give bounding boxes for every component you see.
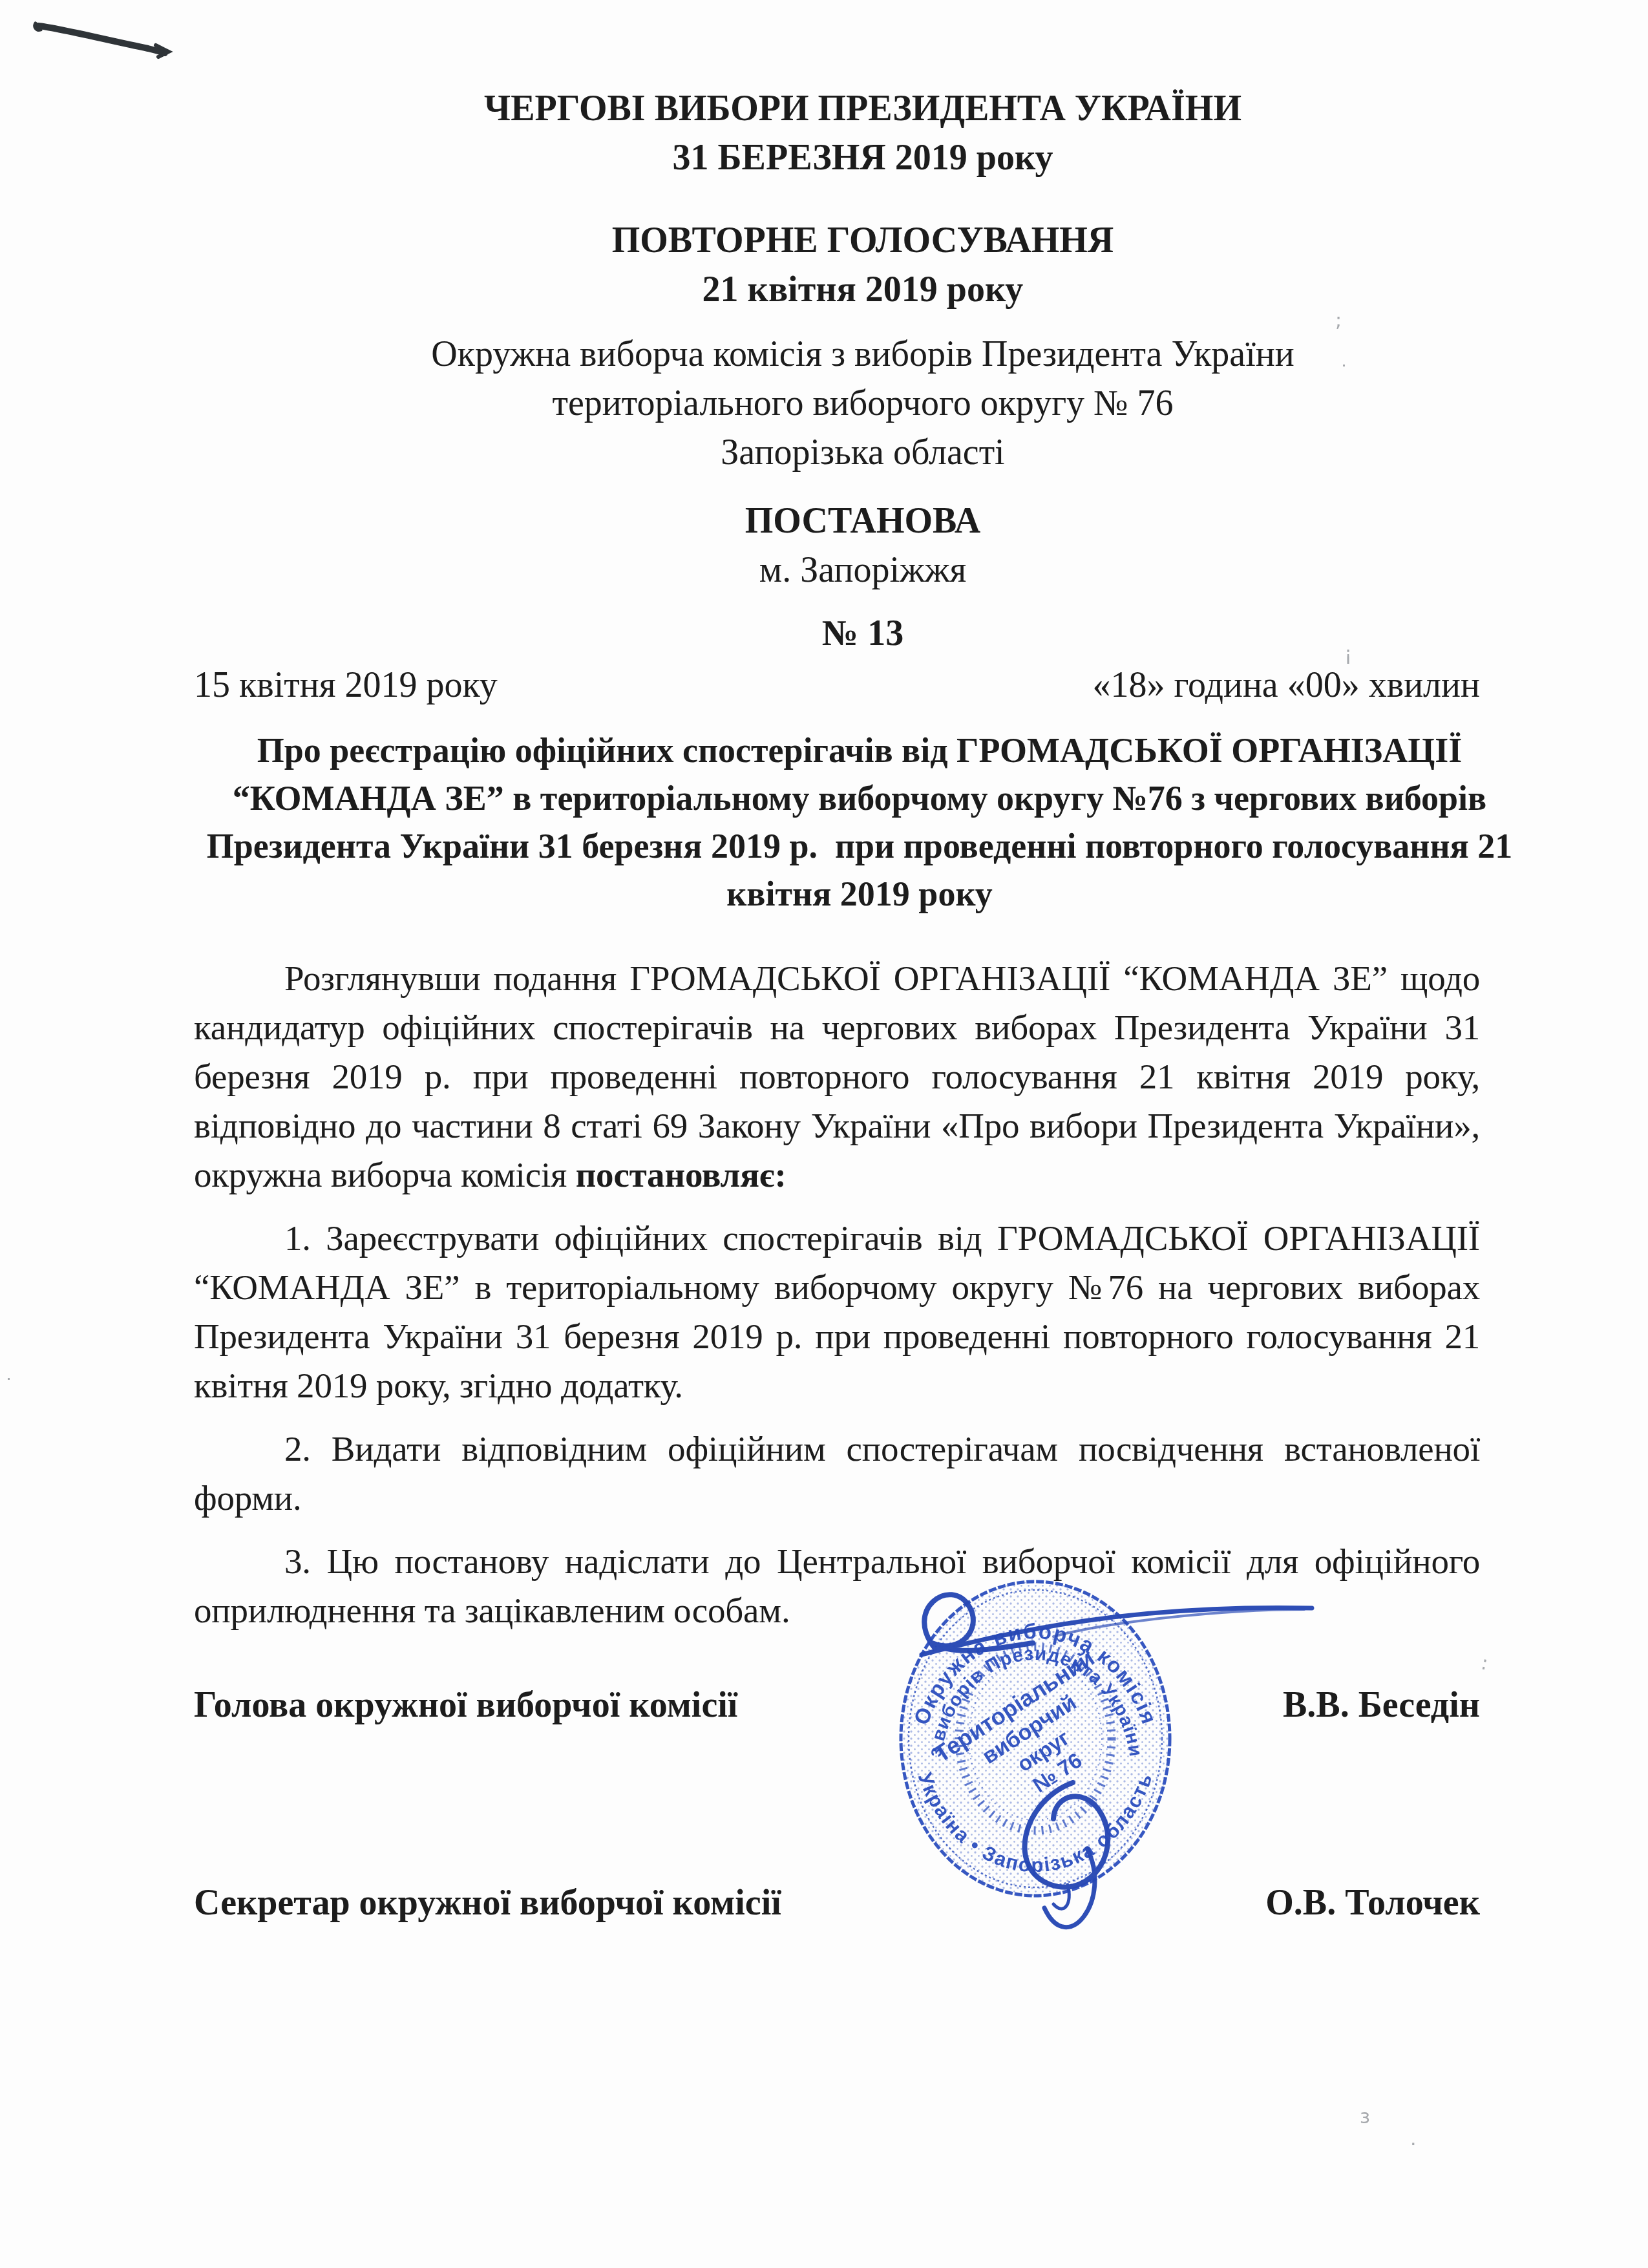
election-title-line: ЧЕРГОВІ ВИБОРИ ПРЕЗИДЕНТА УКРАЇНИ <box>220 84 1506 133</box>
scan-artifact: з <box>1360 2106 1370 2128</box>
resolution-title-line: Президента України 31 березня 2019 р. пр… <box>181 822 1538 870</box>
preamble-paragraph: Розглянувши подання ГРОМАДСЬКОЇ ОРГАНІЗА… <box>194 954 1480 1200</box>
resolution-title: Про реєстрацію офіційних спостерігачів в… <box>181 726 1538 918</box>
election-date-line: 31 БЕРЕЗНЯ 2019 року <box>220 133 1506 182</box>
doc-date: 15 квітня 2019 року <box>194 661 498 710</box>
doc-time: «18» година «00» хвилин <box>1092 661 1480 710</box>
scan-artifact: . <box>1410 2128 1417 2150</box>
scanned-document-page: ; ˙ ¡ : з . ˙ ЧЕРГОВІ ВИБОРИ ПРЕЗИДЕНТА … <box>0 0 1648 2268</box>
spacer <box>220 477 1506 496</box>
document-content: ЧЕРГОВІ ВИБОРИ ПРЕЗИДЕНТА УКРАЇНИ 31 БЕР… <box>0 0 1648 1927</box>
resolution-item-2: 2. Видати відповідним офіційним спостері… <box>194 1425 1480 1523</box>
resolution-title-line: Про реєстрацію офіційних спостерігачів в… <box>181 726 1538 774</box>
revote-date-line: 21 квітня 2019 року <box>220 265 1506 314</box>
spacer <box>220 182 1506 216</box>
resolution-title-line: квітня 2019 року <box>181 870 1538 918</box>
commission-region-line: Запорізька області <box>220 428 1506 477</box>
doc-type-heading: ПОСТАНОВА <box>220 496 1506 546</box>
date-time-row: 15 квітня 2019 року «18» година «00» хви… <box>194 661 1480 710</box>
secretary-role-label: Секретар окружної виборчої комісії <box>194 1878 781 1927</box>
preamble-text: Розглянувши подання ГРОМАДСЬКОЇ ОРГАНІЗА… <box>194 959 1480 1194</box>
pen-mark-artifact <box>29 12 184 76</box>
commission-district-line: територіального виборчого округу № 76 <box>220 379 1506 428</box>
spacer <box>220 314 1506 330</box>
commission-stamp: Окружна виборча комісія з виборів Презид… <box>860 1545 1364 1933</box>
resolves-word: постановляє: <box>576 1155 787 1194</box>
chairman-role-label: Голова окружної виборчої комісії <box>194 1680 737 1730</box>
spacer <box>220 595 1506 609</box>
resolution-title-line: “КОМАНДА ЗЕ” в територіальному виборчому… <box>181 774 1538 822</box>
doc-city-line: м. Запоріжжя <box>220 546 1506 595</box>
commission-name-line: Окружна виборча комісія з виборів Презид… <box>220 330 1506 379</box>
document-header: ЧЕРГОВІ ВИБОРИ ПРЕЗИДЕНТА УКРАЇНИ 31 БЕР… <box>220 84 1506 658</box>
doc-number: № 13 <box>220 609 1506 658</box>
revote-title-line: ПОВТОРНЕ ГОЛОСУВАННЯ <box>220 216 1506 265</box>
resolution-item-1: 1. Зареєструвати офіційних спостерігачів… <box>194 1214 1480 1410</box>
